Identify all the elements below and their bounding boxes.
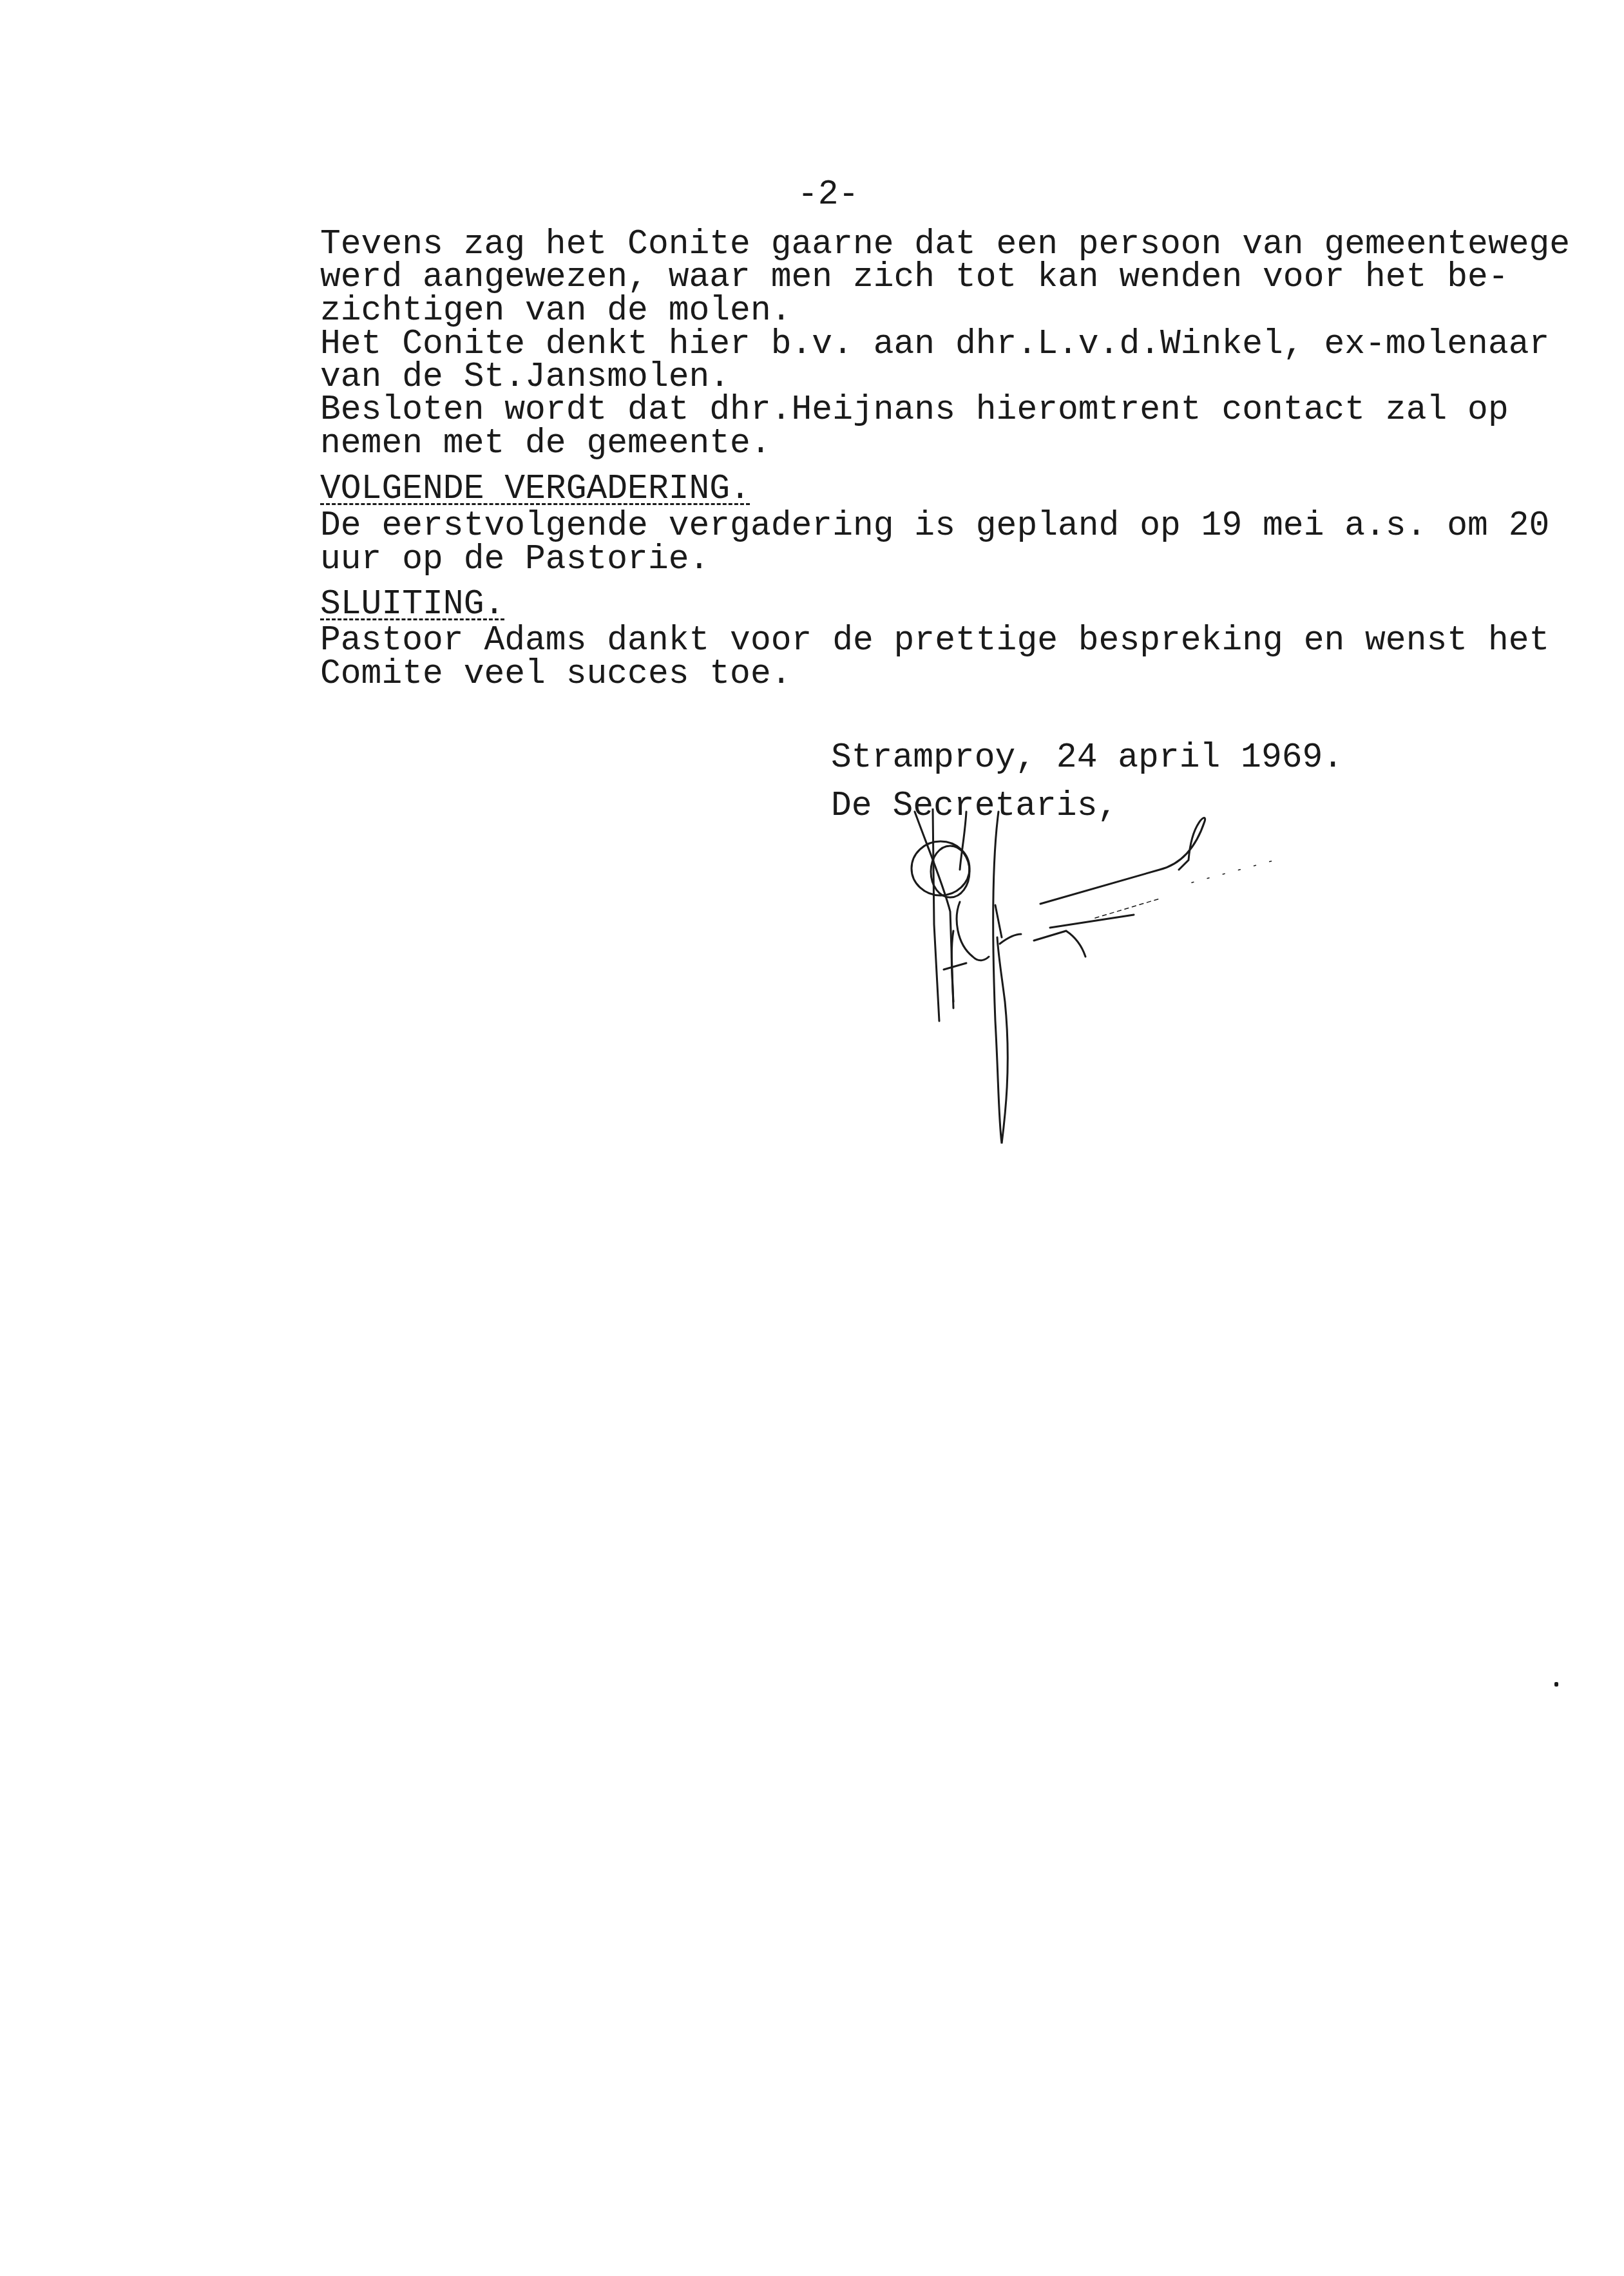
paragraph-line: nemen met de gemeente. [320,426,771,461]
page-number: -2- [798,178,859,212]
paragraph-line: Het Conite denkt hier b.v. aan dhr.L.v.d… [320,327,1549,361]
place-date: Stramproy, 24 april 1969. [831,741,1343,775]
paragraph-line: werd aangewezen, waar men zich tot kan w… [320,260,1509,294]
paper-speck [1554,1682,1558,1687]
signature [889,808,1340,1195]
closing-line: Pastoor Adams dankt voor de prettige bes… [320,624,1549,658]
document-page: -2- Tevens zag het Conite gaarne dat een… [0,0,1624,2276]
closing-line: Comite veel succes toe. [320,657,792,691]
next-meeting-line: uur op de Pastorie. [320,542,709,577]
paragraph-line: Besloten wordt dat dhr.Heijnans hieromtr… [320,393,1509,427]
paragraph-line: zichtigen van de molen. [320,294,792,328]
heading-next-meeting: VOLGENDE VERGADERING. [320,472,750,506]
paragraph-line: van de St.Jansmolen. [320,360,730,394]
heading-closing: SLUITING. [320,588,504,622]
paragraph-line: Tevens zag het Conite gaarne dat een per… [320,227,1570,262]
next-meeting-line: De eerstvolgende vergadering is gepland … [320,509,1549,543]
